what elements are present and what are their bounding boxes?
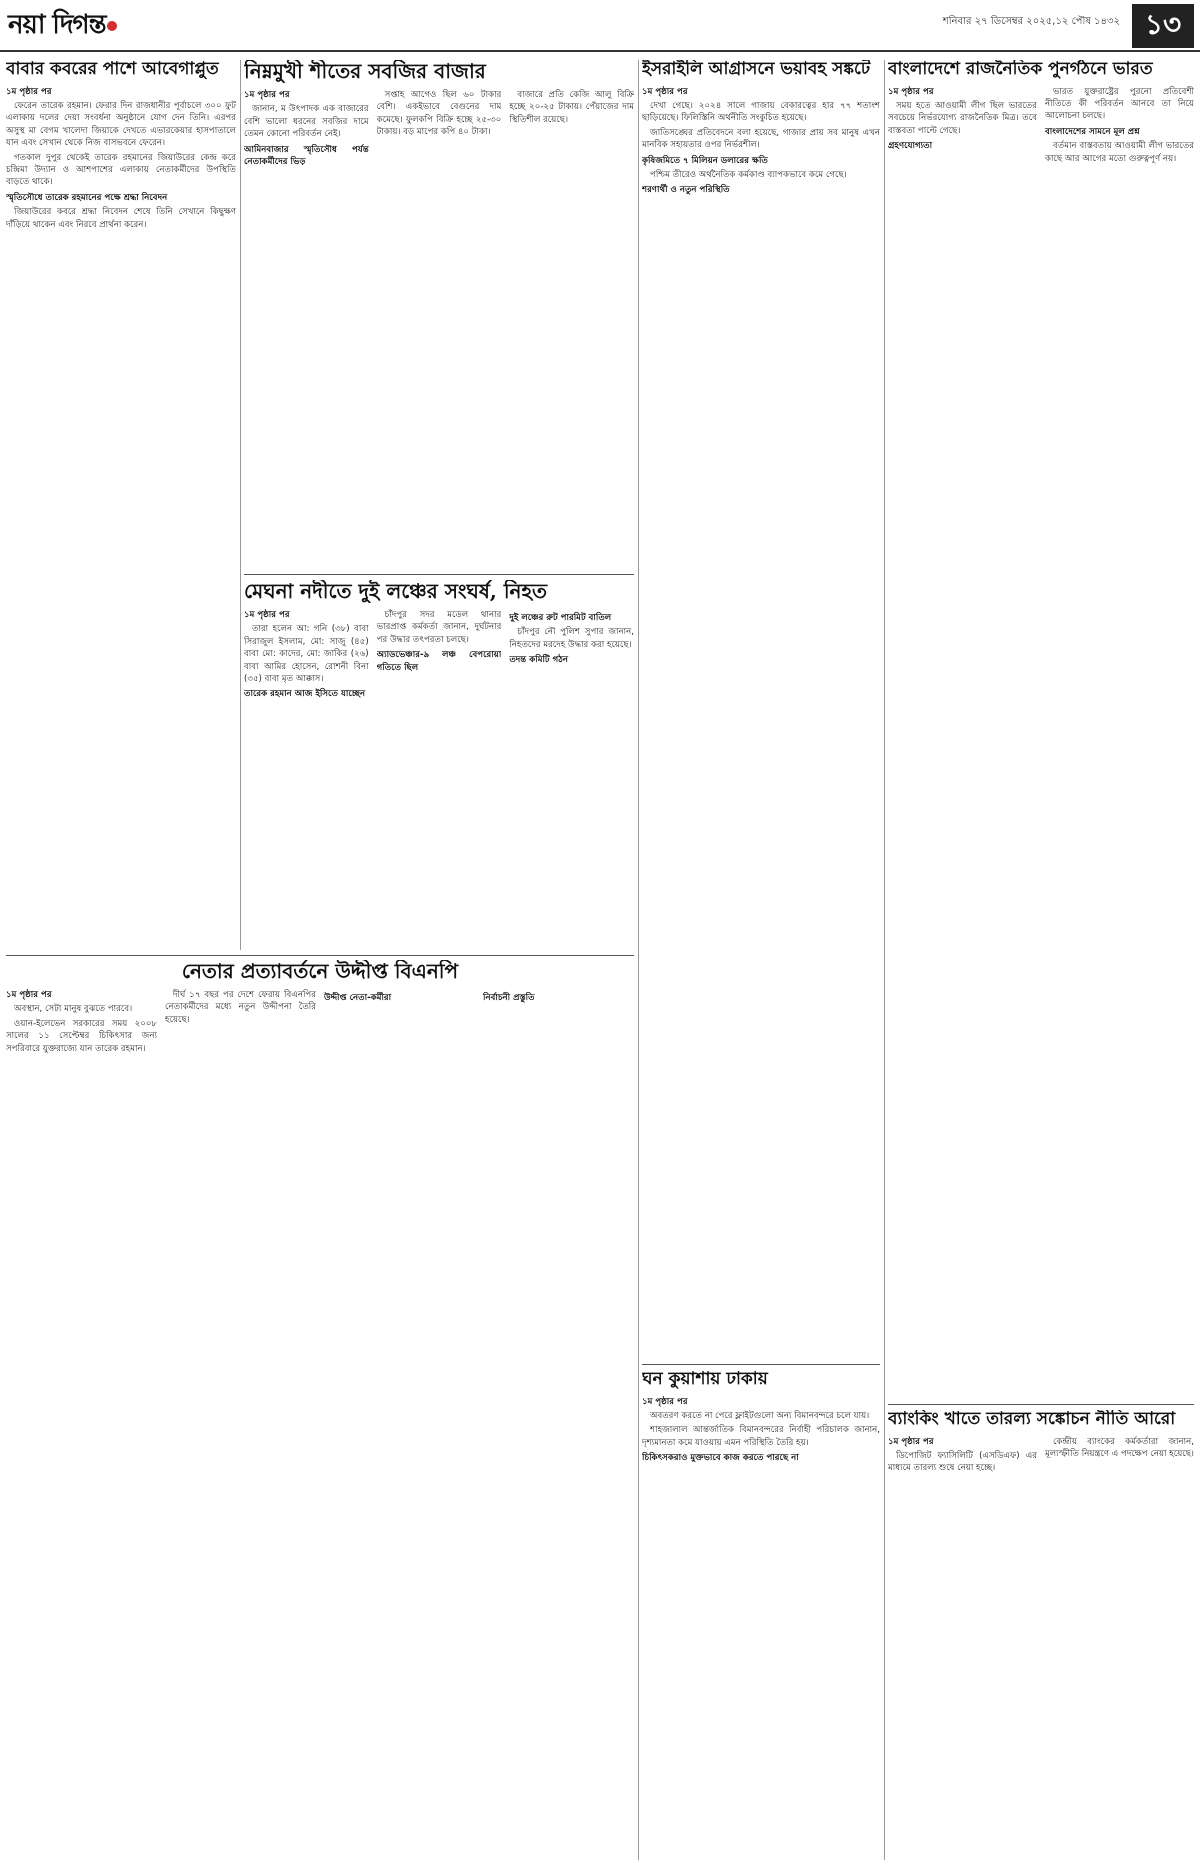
column: নির্বাচনী প্রস্তুতি <box>483 989 634 1855</box>
section-divider <box>642 1364 880 1365</box>
column: ১ম পৃষ্ঠার পর ডিপোজিট ফ্যাসিলিটি (এসডিএফ… <box>888 1436 1037 1852</box>
column: ১ম পৃষ্ঠার পর অবস্থান, সেটা মানুষ বুঝতে … <box>6 989 157 1855</box>
column-divider <box>240 60 241 950</box>
subhead: চিকিৎসকরাও মুক্তভাবে কাজ করতে পারছে না <box>642 1452 880 1464</box>
jump-label: ১ম পৃষ্ঠার পর <box>244 609 369 621</box>
subhead: অ্যাডভেঞ্চার-৯ লঞ্চ বেপরোয়া গতিতে ছিল <box>377 649 502 674</box>
paragraph: চাঁদপুর সদর মডেল থানার ভারপ্রাপ্ত কর্মকর… <box>377 609 502 646</box>
column: ১ম পৃষ্ঠার পর দেখা গেছে। ২০২৪ সালে গাজায… <box>642 86 880 1352</box>
column: উদ্দীপ্ত নেতা-কর্মীরা <box>324 989 475 1855</box>
jump-label: ১ম পৃষ্ঠার পর <box>6 989 157 1001</box>
column: চাঁদপুর সদর মডেল থানার ভারপ্রাপ্ত কর্মকর… <box>377 609 502 945</box>
article-rajnoitik-punorgothon: বাংলাদেশে রাজনৈতিক পুনর্গঠনে ভারত ১ম পৃষ… <box>888 60 1194 1140</box>
headline[interactable]: ঘন কুয়াশায় ঢাকায় <box>642 1370 880 1390</box>
section-divider <box>888 1404 1194 1405</box>
jump-label: ১ম পৃষ্ঠার পর <box>6 86 236 98</box>
logo-dot-icon <box>107 21 117 31</box>
paragraph: সময় হতে আওয়ামী লীগ ছিল ভারতের সবচেয়ে … <box>888 100 1037 137</box>
subhead: উদ্দীপ্ত নেতা-কর্মীরা <box>324 992 475 1004</box>
subhead: দুই লঞ্চের রুট পারমিট বাতিল <box>509 612 634 624</box>
paragraph: জানান, ম উৎপাদক এক বাজারের বেশি ভালো ধরন… <box>244 103 369 140</box>
paragraph: তারা হলেন আ: গনি (৩৮) বাবা সিরাজুল ইসলাম… <box>244 623 369 685</box>
column: সপ্তাহ আগেও ছিল ৬০ টাকার বেশি। একইভাবে ব… <box>377 89 502 565</box>
column: ১ম পৃষ্ঠার পর তারা হলেন আ: গনি (৩৮) বাবা… <box>244 609 369 945</box>
column: ১ম পৃষ্ঠার পর ফেরেন তারেক রহমান। ফেরার দ… <box>6 86 236 942</box>
column: ১ম পৃষ্ঠার পর অবতরণ করতে না পেরে ফ্লাইটগ… <box>642 1396 880 1852</box>
article-babar-kobor: বাবার কবরের পাশে আবেগাপ্লুত ১ম পৃষ্ঠার প… <box>6 60 236 950</box>
paragraph: সপ্তাহ আগেও ছিল ৬০ টাকার বেশি। একইভাবে ব… <box>377 89 502 139</box>
article-shobji-bazar: নিম্নমুখী শীতের সবজির বাজার ১ম পৃষ্ঠার প… <box>244 60 634 570</box>
paragraph: দেখা গেছে। ২০২৪ সালে গাজায় বেকারত্বের হ… <box>642 100 880 125</box>
column: ১ম পৃষ্ঠার পর সময় হতে আওয়ামী লীগ ছিল ভ… <box>888 86 1037 1132</box>
column-divider <box>884 60 885 1860</box>
section-divider <box>6 955 634 956</box>
paragraph: জাতিসঙ্ঘের প্রতিবেদনে বলা হয়েছে, গাজার … <box>642 127 880 152</box>
section-divider <box>244 574 634 575</box>
column: ১ম পৃষ্ঠার পর জানান, ম উৎপাদক এক বাজারের… <box>244 89 369 565</box>
subhead: তদন্ত কমিটি গঠন <box>509 654 634 666</box>
newspaper-logo[interactable]: নয়া দিগন্ত <box>8 6 128 46</box>
paragraph: চাঁদপুর নৌ পুলিশ সুপার জানান, নিহতদের মর… <box>509 626 634 651</box>
paragraph: জিয়াউরের কবরে শ্রদ্ধা নিবেদন শেষে তিনি … <box>6 206 236 231</box>
article-meghna-launch: মেঘনা নদীতে দুই লঞ্চের সংঘর্ষ, নিহত ১ম প… <box>244 580 634 950</box>
column: দুই লঞ্চের রুট পারমিট বাতিল চাঁদপুর নৌ প… <box>509 609 634 945</box>
jump-label: ১ম পৃষ্ঠার পর <box>642 86 880 98</box>
masthead: নয়া দিগন্ত শনিবার ২৭ ডিসেম্বর ২০২৫,১২ প… <box>0 0 1200 52</box>
paragraph: বাজারে প্রতি কেজি আলু বিক্রি হচ্ছে ২০-২৫… <box>509 89 634 126</box>
subhead: গ্রহণযোগ্যতা <box>888 140 1037 152</box>
logo-text: নয়া দিগন্ত <box>8 4 105 48</box>
subhead: শরণার্থী ও নতুন পরিস্থিতি <box>642 184 880 196</box>
paragraph: অবস্থান, সেটা মানুষ বুঝতে পারবে। <box>6 1003 157 1015</box>
jump-label: ১ম পৃষ্ঠার পর <box>888 1436 1037 1448</box>
column: কেন্দ্রীয় ব্যাংকের কর্মকর্তারা জানান, ম… <box>1045 1436 1194 1852</box>
headline[interactable]: বাবার কবরের পাশে আবেগাপ্লুত <box>6 60 236 80</box>
paragraph: কেন্দ্রীয় ব্যাংকের কর্মকর্তারা জানান, ম… <box>1045 1436 1194 1461</box>
article-ghono-kuasha: ঘন কুয়াশায় ঢাকায় ১ম পৃষ্ঠার পর অবতরণ … <box>642 1370 880 1860</box>
headline[interactable]: ইসরাইলি আগ্রাসনে ভয়াবহ সঙ্কটে <box>642 60 880 80</box>
jump-label: ১ম পৃষ্ঠার পর <box>642 1396 880 1408</box>
paragraph: দীর্ঘ ১৭ বছর পর দেশে ফেরায় বিএনপির নেতা… <box>165 989 316 1026</box>
jump-label: ১ম পৃষ্ঠার পর <box>888 86 1037 98</box>
paragraph: শাহজালাল আন্তর্জাতিক বিমানবন্দরের নির্বা… <box>642 1424 880 1449</box>
headline[interactable]: মেঘনা নদীতে দুই লঞ্চের সংঘর্ষ, নিহত <box>244 580 634 603</box>
paragraph: ভারত যুক্তরাষ্ট্রের পুরনো প্রতিবেশী নীতি… <box>1045 86 1194 123</box>
paragraph: পশ্চিম তীরেও অর্থনৈতিক কর্মকাণ্ড ব্যাপকভ… <box>642 169 880 181</box>
headline[interactable]: নেতার প্রত্যাবর্তনে উদ্দীপ্ত বিএনপি <box>6 960 634 983</box>
column: দীর্ঘ ১৭ বছর পর দেশে ফেরায় বিএনপির নেতা… <box>165 989 316 1855</box>
subhead: বাংলাদেশের সামনে মূল প্রশ্ন <box>1045 126 1194 138</box>
article-netar-prottaborton: নেতার প্রত্যাবর্তনে উদ্দীপ্ত বিএনপি ১ম প… <box>6 960 634 1860</box>
paragraph: ওয়ান-ইলেভেন সরকারের সময় ২০০৮ সালের ১১ … <box>6 1018 157 1055</box>
column: ভারত যুক্তরাষ্ট্রের পুরনো প্রতিবেশী নীতি… <box>1045 86 1194 1132</box>
headline[interactable]: বাংলাদেশে রাজনৈতিক পুনর্গঠনে ভারত <box>888 60 1194 80</box>
column: বাজারে প্রতি কেজি আলু বিক্রি হচ্ছে ২০-২৫… <box>509 89 634 565</box>
column-divider <box>638 60 639 1860</box>
subhead: স্মৃতিসৌধে তারেক রহমানের পক্ষে শ্রদ্ধা ন… <box>6 192 236 204</box>
article-israeli-agrashon: ইসরাইলি আগ্রাসনে ভয়াবহ সঙ্কটে ১ম পৃষ্ঠা… <box>642 60 880 1360</box>
paragraph: গতকাল দুপুর থেকেই তারেক রহমানের জিয়াউরে… <box>6 152 236 189</box>
paragraph: ফেরেন তারেক রহমান। ফেরার দিন রাজধানীর পূ… <box>6 100 236 150</box>
paragraph: ডিপোজিট ফ্যাসিলিটি (এসডিএফ) এর মাধ্যমে ত… <box>888 1450 1037 1475</box>
paragraph: বর্তমান বাস্তবতায় আওয়ামী লীগ ভারতের কা… <box>1045 140 1194 165</box>
subhead: নির্বাচনী প্রস্তুতি <box>483 992 634 1004</box>
headline[interactable]: ব্যাংকিং খাতে তারল্য সঙ্কোচন নীতি আরো <box>888 1410 1194 1430</box>
paragraph: অবতরণ করতে না পেরে ফ্লাইটগুলো অন্য বিমান… <box>642 1410 880 1422</box>
page-number: ১৩ <box>1132 4 1194 48</box>
subhead: কৃষিজমিতে ৭ মিলিয়ন ডলারের ক্ষতি <box>642 155 880 167</box>
article-banking-tarollo: ব্যাংকিং খাতে তারল্য সঙ্কোচন নীতি আরো ১ম… <box>888 1410 1194 1860</box>
jump-label: ১ম পৃষ্ঠার পর <box>244 89 369 101</box>
dateline: শনিবার ২৭ ডিসেম্বর ২০২৫,১২ পৌষ ১৪৩২ <box>943 14 1120 31</box>
subhead: আমিনবাজার স্মৃতিসৌধ পর্যন্ত নেতাকর্মীদের… <box>244 144 369 169</box>
headline[interactable]: নিম্নমুখী শীতের সবজির বাজার <box>244 60 634 83</box>
subhead: তারেক রহমান আজ ইসিতে যাচ্ছেন <box>244 688 369 700</box>
